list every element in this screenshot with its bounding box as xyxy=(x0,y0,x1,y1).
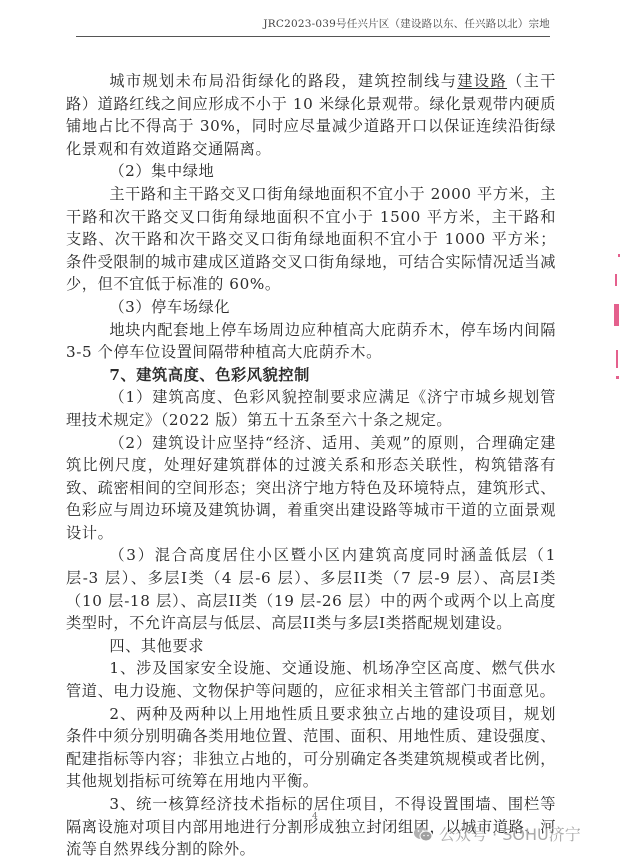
paragraph: （3）混合高度居住小区暨小区内建筑高度同时涵盖低层（1 层-3 层）、多层I类（… xyxy=(66,544,556,634)
watermark: 公众号 · SOHU济宁 xyxy=(413,822,581,845)
seal-stamp-edge xyxy=(608,252,622,402)
watermark-text: 公众号 · SOHU济宁 xyxy=(439,822,581,845)
paragraph: 1、涉及国家安全设施、交通设施、机场净空区高度、燃气供水管道、电力设施、文物保护… xyxy=(66,657,556,702)
document-body: 城市规划未布局沿街绿化的路段，建筑控制线与建设路（主干路）道路红线之间应形成不小… xyxy=(66,70,556,860)
text-run: （1）建筑高度、色彩风貌控制要求应满足《济宁市城乡规划管理技术规定》（2022 … xyxy=(66,388,556,429)
text-run: 2、两种及两种以上用地性质且要求独立占地的建设项目，规划条件中须分别明确各类用地… xyxy=(66,705,556,791)
text-run: （3）混合高度居住小区暨小区内建筑高度同时涵盖低层（1 层-3 层）、多层I类（… xyxy=(66,546,556,632)
text-run: 城市规划未布局沿街绿化的路段，建筑控制线与 xyxy=(109,72,457,90)
underlined-text: 建设路 xyxy=(457,72,507,90)
paragraph: 地块内配套地上停车场周边应种植高大庇荫乔木，停车场内间隔 3-5 个停车位设置间… xyxy=(66,319,556,364)
text-run: 地块内配套地上停车场周边应种植高大庇荫乔木，停车场内间隔 3-5 个停车位设置间… xyxy=(66,321,556,362)
text-run: 主干路和主干路交叉口街角绿地面积不宜小于 2000 平方米，主干路和次干路交叉口… xyxy=(66,185,556,293)
subsection-heading: （2）集中绿地 xyxy=(66,160,556,183)
text-run: 1、涉及国家安全设施、交通设施、机场净空区高度、燃气供水管道、电力设施、文物保护… xyxy=(66,659,556,700)
chapter-heading: 四、其他要求 xyxy=(66,635,556,658)
paragraph: 主干路和主干路交叉口街角绿地面积不宜小于 2000 平方米，主干路和次干路交叉口… xyxy=(66,183,556,296)
page-number: 4 xyxy=(312,812,318,822)
paragraph: 城市规划未布局沿街绿化的路段，建筑控制线与建设路（主干路）道路红线之间应形成不小… xyxy=(66,70,556,160)
paragraph: （2）建筑设计应坚持“经济、适用、美观”的原则，合理确定建筑比例尺度，处理好建筑… xyxy=(66,432,556,545)
page-header: JRC2023-039号任兴片区（建设路以东、任兴路以北）宗地 xyxy=(76,12,550,37)
paragraph: 2、两种及两种以上用地性质且要求独立占地的建设项目，规划条件中须分别明确各类用地… xyxy=(66,703,556,793)
wechat-icon xyxy=(413,826,433,842)
header-title: JRC2023-039号任兴片区（建设路以东、任兴路以北）宗地 xyxy=(263,16,550,31)
paragraph: （1）建筑高度、色彩风貌控制要求应满足《济宁市城乡规划管理技术规定》（2022 … xyxy=(66,386,556,431)
subsection-heading: （3）停车场绿化 xyxy=(66,296,556,319)
section-heading: 7、建筑高度、色彩风貌控制 xyxy=(66,364,556,387)
text-run: （2）建筑设计应坚持“经济、适用、美观”的原则，合理确定建筑比例尺度，处理好建筑… xyxy=(66,434,556,542)
